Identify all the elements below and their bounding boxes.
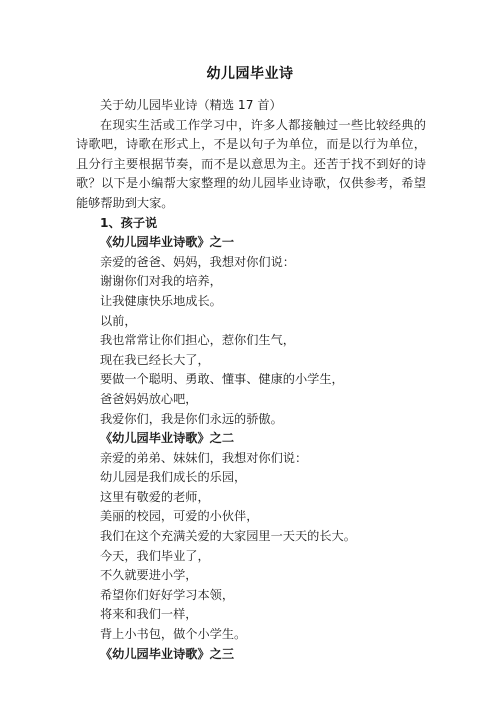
document-title: 幼儿园毕业诗	[0, 63, 500, 83]
intro-line: 关于幼儿园毕业诗（精选 17 首）	[76, 96, 426, 116]
poem-line: 我也常常让你们担心，惹你们生气，	[76, 331, 426, 351]
poem-line: 背上小书包，做个小学生。	[76, 625, 426, 645]
poem-line: 让我健康快乐地成长。	[76, 292, 426, 312]
poem-line: 以前，	[76, 312, 426, 332]
poem-line: 我爱你们，我是你们永远的骄傲。	[76, 410, 426, 430]
poem-title: 《幼儿园毕业诗歌》之三	[76, 645, 426, 665]
intro-paragraph: 在现实生活或工作学习中，许多人都接触过一些比较经典的诗歌吧，诗歌在形式上，不是以…	[76, 116, 426, 214]
poem-line: 不久就要进小学，	[76, 566, 426, 586]
poem-line: 爸爸妈妈放心吧，	[76, 390, 426, 410]
section-heading: 1、孩子说	[76, 214, 426, 234]
document-page: 幼儿园毕业诗 关于幼儿园毕业诗（精选 17 首） 在现实生活或工作学习中，许多人…	[0, 0, 500, 707]
poem-line: 幼儿园是我们成长的乐园，	[76, 468, 426, 488]
poem-line: 希望你们好好学习本领，	[76, 586, 426, 606]
poem-title: 《幼儿园毕业诗歌》之二	[76, 429, 426, 449]
poem-line: 亲爱的爸爸、妈妈，我想对你们说：	[76, 253, 426, 273]
poem-line: 现在我已经长大了，	[76, 351, 426, 371]
poem-line: 将来和我们一样，	[76, 605, 426, 625]
poem-line: 美丽的校园，可爱的小伙伴，	[76, 507, 426, 527]
poem-title: 《幼儿园毕业诗歌》之一	[76, 233, 426, 253]
poem-line: 谢谢你们对我的培养，	[76, 272, 426, 292]
poem-line: 亲爱的弟弟、妹妹们，我想对你们说：	[76, 449, 426, 469]
poem-line: 这里有敬爱的老师，	[76, 488, 426, 508]
poem-line: 要做一个聪明、勇敢、懂事、健康的小学生，	[76, 370, 426, 390]
poem-line: 今天，我们毕业了，	[76, 547, 426, 567]
document-body: 关于幼儿园毕业诗（精选 17 首） 在现实生活或工作学习中，许多人都接触过一些比…	[76, 96, 426, 664]
poem-line: 我们在这个充满关爱的大家园里一天天的长大。	[76, 527, 426, 547]
